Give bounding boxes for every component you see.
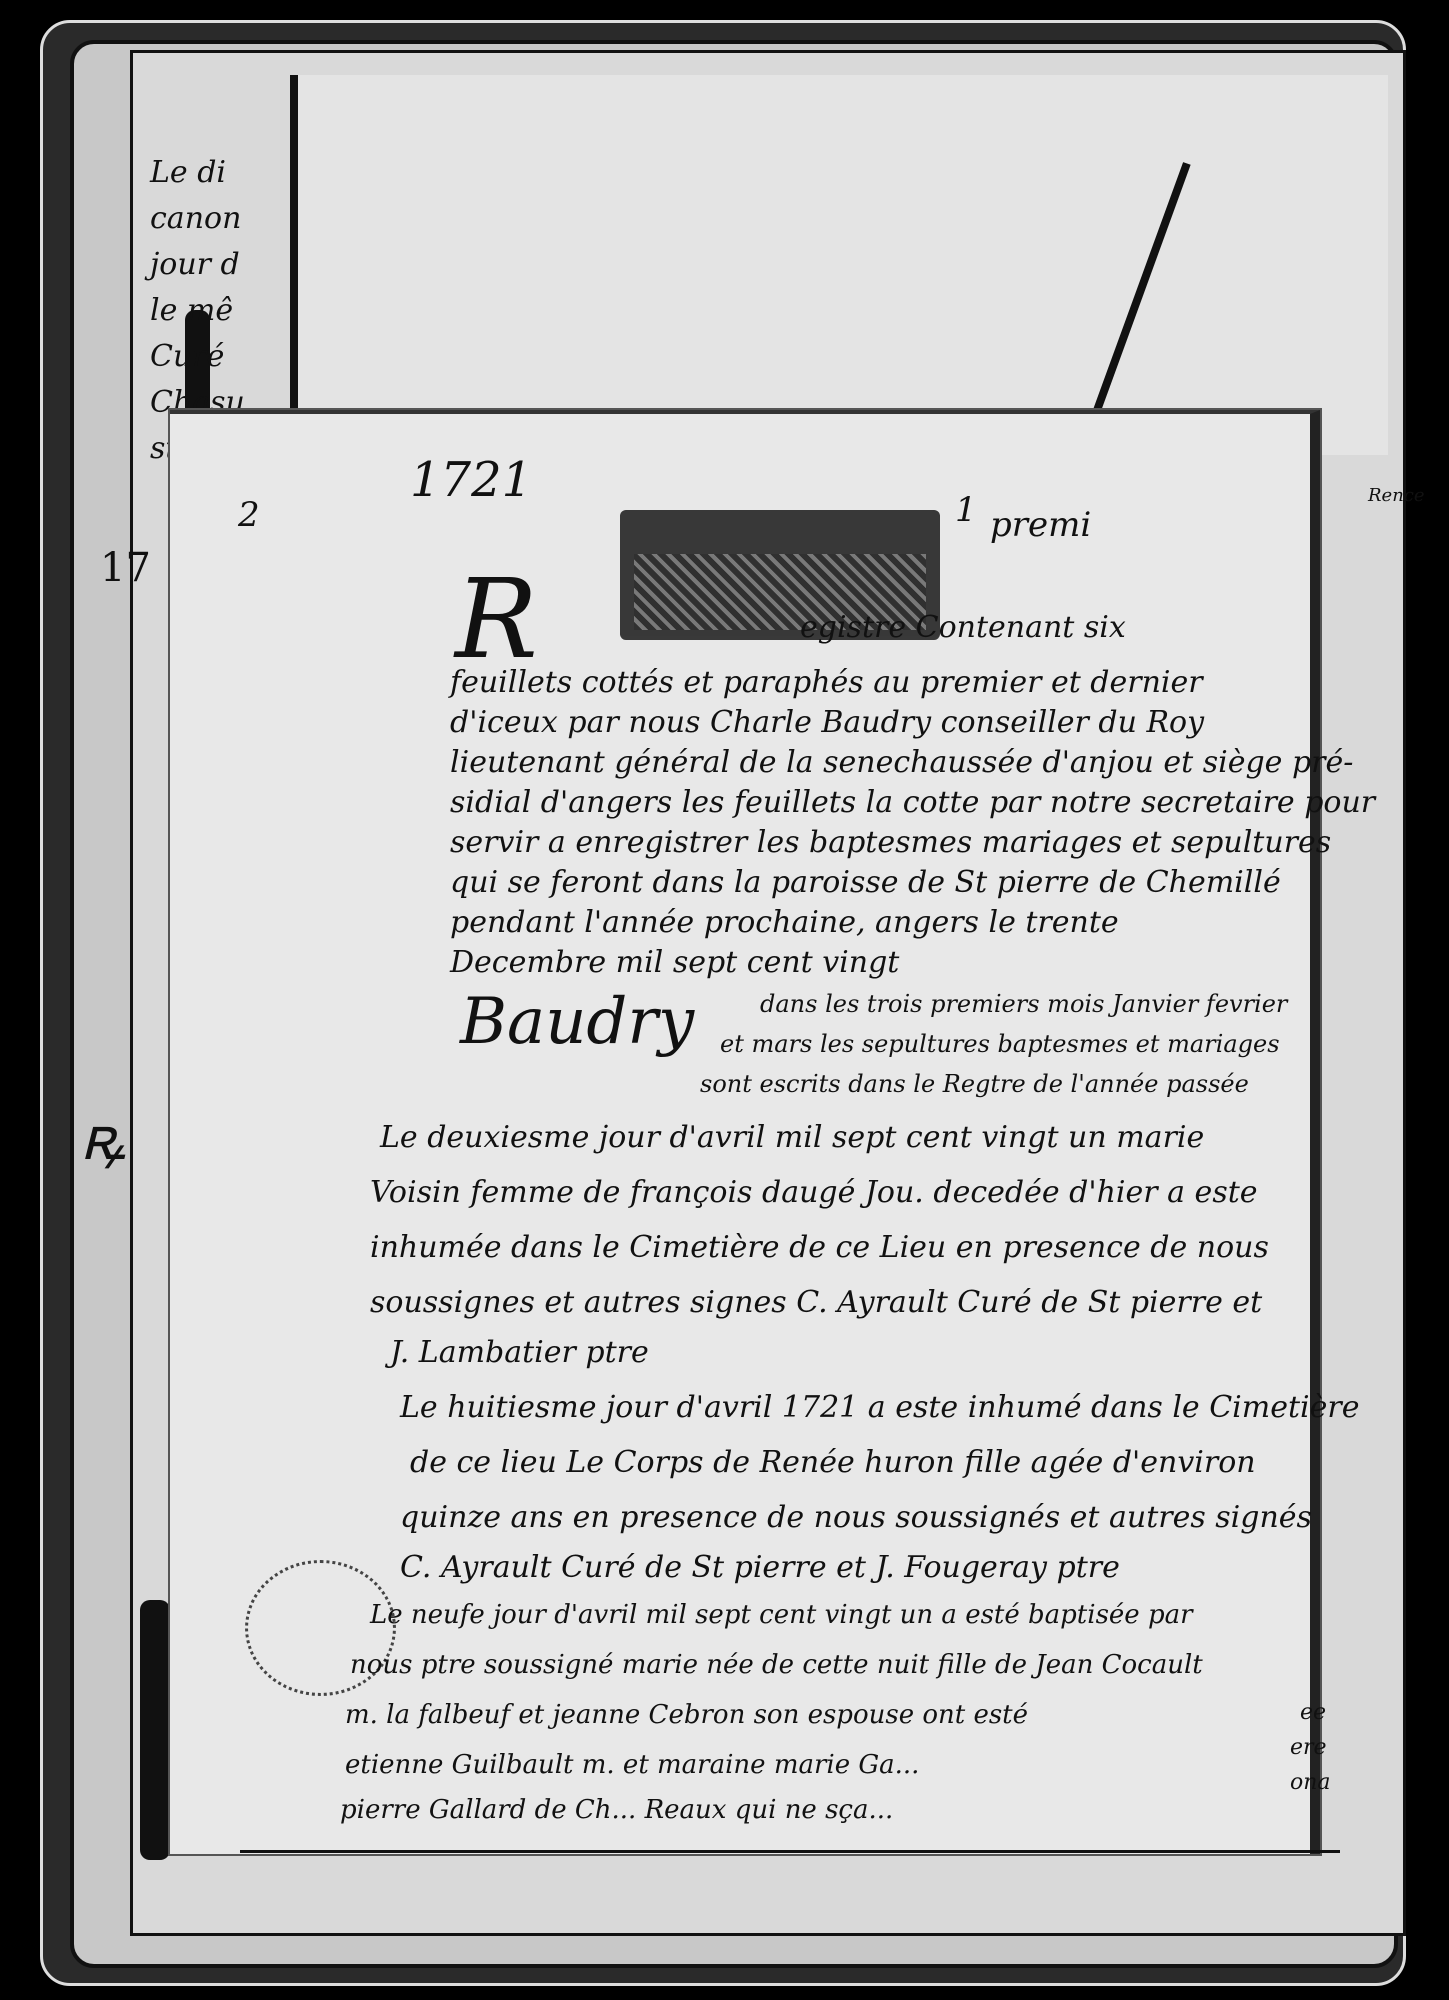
- entry-line: pierre Gallard de Ch... Reaux qui ne sça…: [340, 1795, 893, 1825]
- year-header: 1721: [410, 452, 532, 508]
- entry-line: J. Lambatier ptre: [390, 1335, 649, 1370]
- margin-fragment: jour d: [150, 242, 300, 288]
- entry-line: de ce lieu Le Corps de Renée huron fille…: [410, 1445, 1256, 1480]
- folio-left: 2: [238, 495, 260, 535]
- margin-fragment: le mê: [150, 288, 300, 334]
- preamble-line: egistre Contenant six: [800, 610, 1126, 645]
- signature-note: sont escrits dans le Regtre de l'année p…: [700, 1070, 1249, 1098]
- right-edge-fragment: ee: [1300, 1700, 1326, 1725]
- margin-flourish: ꝶ: [80, 1095, 125, 1177]
- preamble-line: lieutenant général de la senechaussée d'…: [450, 745, 1353, 780]
- entry-line: Le huitiesme jour d'avril 1721 a este in…: [400, 1390, 1359, 1425]
- entry-line: C. Ayrault Curé de St pierre et J. Fouge…: [400, 1550, 1120, 1585]
- preamble-line: d'iceux par nous Charle Baudry conseille…: [450, 705, 1204, 740]
- right-edge-fragment: ona: [1290, 1770, 1331, 1795]
- preamble-line: Decembre mil sept cent vingt: [450, 945, 899, 980]
- entry-line: soussignes et autres signes C. Ayrault C…: [370, 1285, 1262, 1320]
- entry-line: nous ptre soussigné marie née de cette n…: [350, 1650, 1203, 1680]
- signature-note: et mars les sepultures baptesmes et mari…: [720, 1030, 1280, 1058]
- entry-line: inhumée dans le Cimetière de ce Lieu en …: [370, 1230, 1269, 1265]
- preamble-line: pendant l'année prochaine, angers le tre…: [450, 905, 1119, 940]
- corner-note: Rence: [1368, 485, 1425, 506]
- preamble-line: servir a enregistrer les baptesmes maria…: [450, 825, 1331, 860]
- signature-baudry: Baudry: [460, 985, 694, 1059]
- header-right: premi: [990, 505, 1091, 545]
- preamble-line: sidial d'angers les feuillets la cotte p…: [450, 785, 1375, 820]
- side-number: 17: [100, 545, 151, 591]
- entry-line: quinze ans en presence de nous soussigné…: [400, 1500, 1312, 1535]
- binding-ribbon-bottom: [140, 1600, 170, 1860]
- preamble-line: feuillets cottés et paraphés au premier …: [450, 665, 1203, 700]
- entry-line: Voisin femme de françois daugé Jou. dece…: [370, 1175, 1258, 1210]
- entry-line: Le deuxiesme jour d'avril mil sept cent …: [380, 1120, 1204, 1155]
- entry-line: m. la falbeuf et jeanne Cebron son espou…: [345, 1700, 1028, 1730]
- title-initial: R: [455, 555, 538, 683]
- margin-fragment: canon: [150, 196, 300, 242]
- preamble-line: qui se feront dans la paroisse de St pie…: [450, 865, 1281, 900]
- folio-right: 1: [955, 490, 977, 530]
- margin-fragment: Curé: [150, 334, 300, 380]
- upper-sheet: [290, 75, 1388, 455]
- entry-line: Le neufe jour d'avril mil sept cent ving…: [370, 1600, 1193, 1630]
- margin-fragment: Le di: [150, 150, 300, 196]
- entry-line: etienne Guilbault m. et maraine marie Ga…: [345, 1750, 919, 1780]
- signature-note: dans les trois premiers mois Janvier fev…: [760, 990, 1287, 1018]
- lower-page-edge: [240, 1850, 1340, 1893]
- right-edge-fragment: ere: [1290, 1735, 1327, 1760]
